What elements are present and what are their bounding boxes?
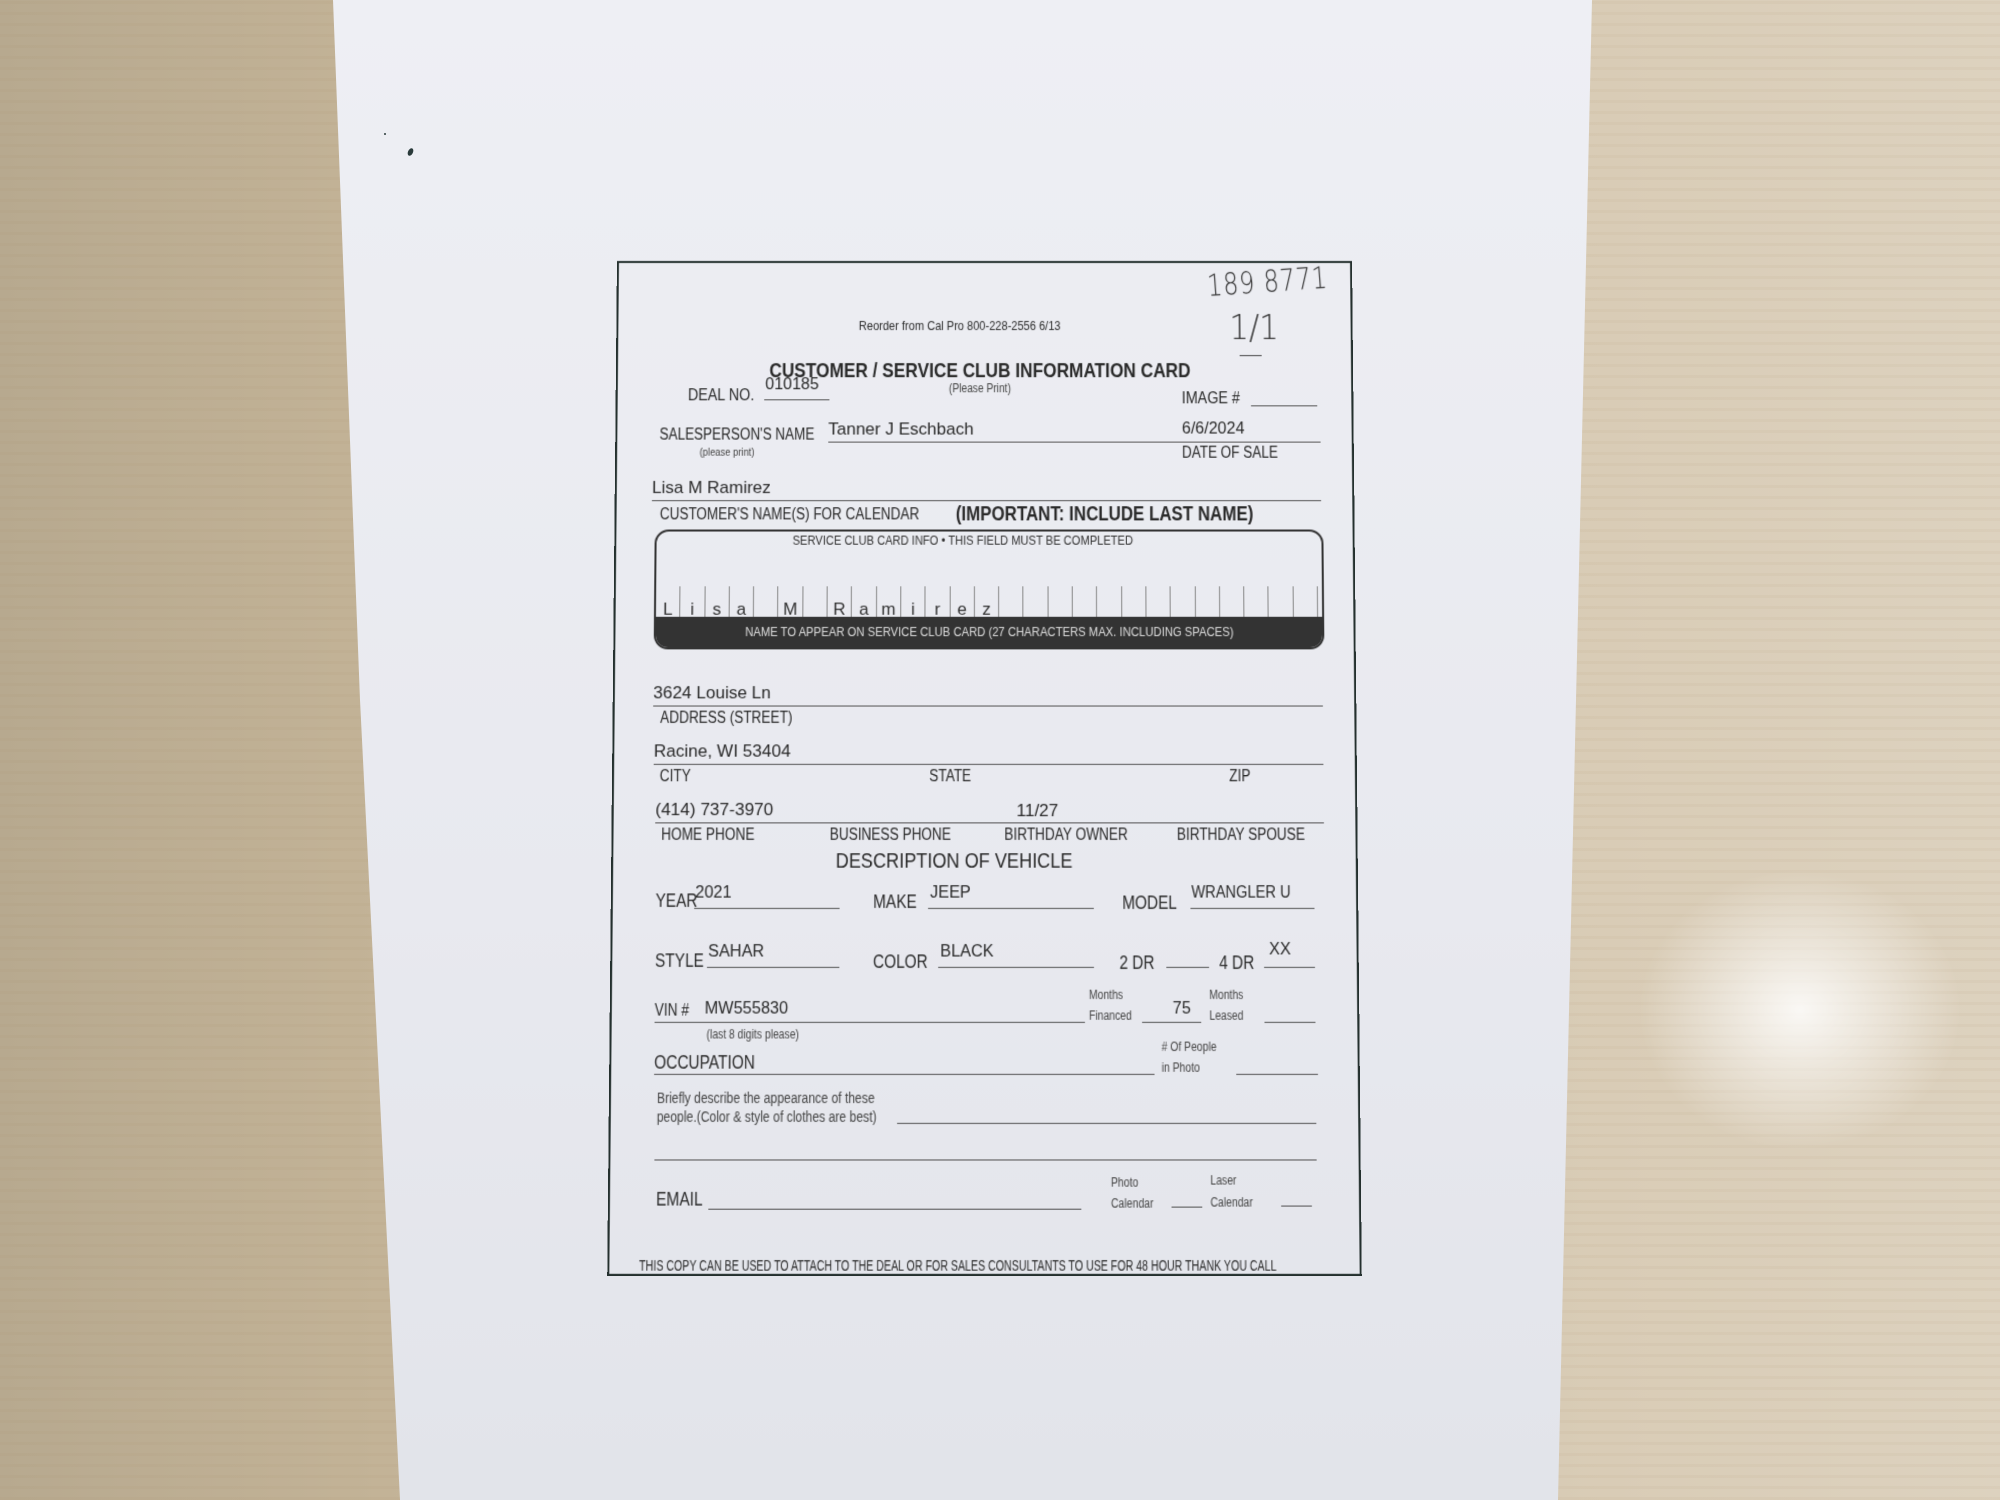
color-value[interactable]: BLACK — [940, 943, 993, 962]
vehicle-section-heading: DESCRIPTION OF VEHICLE — [836, 849, 1073, 874]
please-print-note: (Please Print) — [949, 381, 1011, 395]
service-club-character-cell[interactable] — [1048, 586, 1073, 619]
service-club-character-cell[interactable] — [1171, 586, 1196, 619]
laser-calendar-label-top: Laser — [1210, 1173, 1236, 1188]
service-club-character-cell[interactable] — [1220, 586, 1245, 619]
style-value[interactable]: SAHAR — [708, 943, 764, 962]
occupation-field[interactable] — [654, 1074, 1154, 1075]
birthday-owner-value[interactable]: 11/27 — [1016, 801, 1058, 822]
salesperson-sublabel: (please print) — [700, 447, 755, 459]
two-door-label: 2 DR — [1119, 952, 1154, 974]
service-club-card-box: SERVICE CLUB CARD INFO • THIS FIELD MUST… — [654, 530, 1325, 650]
service-club-character-cell[interactable] — [1293, 586, 1318, 619]
style-line — [707, 967, 839, 968]
form-footer-note: THIS COPY CAN BE USED TO ATTACH TO THE D… — [639, 1257, 1276, 1274]
customer-name-line — [652, 500, 1321, 501]
home-phone-label: HOME PHONE — [661, 826, 754, 845]
describe-field-line1[interactable] — [897, 1123, 1316, 1124]
four-door-value[interactable]: XX — [1269, 941, 1291, 960]
describe-label-line2: people.(Color & style of clothes are bes… — [657, 1108, 877, 1125]
months-financed-value[interactable]: 75 — [1173, 1000, 1191, 1019]
handwritten-page-count: 1/1 — [1229, 308, 1279, 348]
months-financed-label-bottom: Financed — [1089, 1008, 1132, 1023]
vin-label: VIN # — [655, 1002, 689, 1021]
vin-sublabel: (last 8 digits please) — [706, 1027, 799, 1042]
color-line — [938, 967, 1094, 968]
service-club-footer-text: NAME TO APPEAR ON SERVICE CLUB CARD (27 … — [745, 617, 1234, 648]
service-club-character-cell[interactable] — [754, 586, 779, 619]
city-line — [654, 764, 1324, 765]
deal-no-line — [764, 399, 829, 400]
people-in-photo-label-top: # Of People — [1162, 1040, 1217, 1055]
model-label: MODEL — [1122, 892, 1177, 914]
service-club-character-cell[interactable]: a — [730, 586, 755, 619]
service-club-character-cell[interactable]: e — [950, 586, 975, 619]
occupation-label: OCCUPATION — [654, 1052, 755, 1074]
service-club-character-cell[interactable]: M — [779, 586, 804, 619]
year-value[interactable]: 2021 — [695, 884, 731, 903]
make-value[interactable]: JEEP — [930, 884, 971, 903]
service-club-character-cell[interactable] — [999, 586, 1024, 619]
months-financed-label-top: Months — [1089, 988, 1123, 1003]
service-club-character-cell[interactable] — [1024, 586, 1049, 619]
service-club-character-cell[interactable]: a — [852, 586, 877, 619]
service-club-character-cell[interactable] — [1269, 586, 1294, 619]
photo-calendar-label-top: Photo — [1111, 1175, 1138, 1190]
months-leased-label-bottom: Leased — [1209, 1008, 1243, 1023]
zip-label: ZIP — [1229, 768, 1250, 786]
home-phone-value[interactable]: (414) 737-3970 — [655, 800, 773, 821]
laser-calendar-field[interactable] — [1281, 1206, 1312, 1207]
four-door-label: 4 DR — [1219, 952, 1254, 974]
business-phone-label: BUSINESS PHONE — [830, 826, 951, 845]
include-last-name-note: (IMPORTANT: INCLUDE LAST NAME) — [956, 503, 1254, 526]
address-label: ADDRESS (STREET) — [660, 710, 792, 728]
salesperson-value[interactable]: Tanner J Eschbach — [828, 419, 973, 439]
describe-field-line2[interactable] — [654, 1159, 1316, 1160]
service-club-information-card: Reorder from Cal Pro 800-228-2556 6/13 1… — [607, 261, 1362, 1276]
date-of-sale-value[interactable]: 6/6/2024 — [1182, 420, 1245, 438]
service-club-character-cell[interactable] — [1073, 586, 1098, 619]
image-no-label: IMAGE # — [1182, 388, 1240, 408]
service-club-character-cell[interactable]: R — [828, 586, 853, 619]
laser-calendar-label-bottom: Calendar — [1210, 1195, 1253, 1210]
model-value[interactable]: WRANGLER U — [1191, 884, 1290, 903]
service-club-character-cell[interactable] — [803, 586, 828, 619]
vin-value[interactable]: MW555830 — [705, 1000, 789, 1019]
style-label: STYLE — [655, 950, 704, 972]
salesperson-label: SALESPERSON'S NAME — [659, 426, 814, 444]
service-club-character-cell[interactable]: i — [680, 586, 705, 619]
customer-name-value[interactable]: Lisa M Ramirez — [652, 478, 771, 498]
months-financed-line — [1142, 1022, 1201, 1023]
photo-calendar-field[interactable] — [1172, 1207, 1203, 1208]
image-no-field[interactable] — [1251, 405, 1317, 406]
service-club-character-cells[interactable]: LisaMRamirez — [656, 586, 1318, 619]
birthday-spouse-label: BIRTHDAY SPOUSE — [1177, 826, 1305, 845]
service-club-character-cell[interactable]: r — [926, 586, 951, 619]
service-club-character-cell[interactable] — [1122, 586, 1147, 619]
deal-no-value[interactable]: 010185 — [765, 376, 819, 394]
service-club-character-cell[interactable]: z — [975, 586, 1000, 619]
birthday-owner-label: BIRTHDAY OWNER — [1004, 826, 1128, 845]
deal-no-label: DEAL NO. — [688, 385, 755, 405]
two-door-field[interactable] — [1166, 967, 1209, 968]
people-in-photo-field[interactable] — [1236, 1074, 1318, 1075]
service-club-character-cell[interactable]: i — [901, 586, 926, 619]
address-value[interactable]: 3624 Louise Ln — [653, 683, 771, 703]
service-club-character-cell[interactable] — [1195, 586, 1220, 619]
service-club-character-cell[interactable]: s — [705, 586, 730, 619]
year-line — [694, 908, 839, 909]
four-door-line — [1264, 967, 1315, 968]
handwritten-underline — [1240, 355, 1262, 356]
year-label: YEAR — [655, 890, 697, 912]
service-club-character-cell[interactable] — [1244, 586, 1269, 619]
form-title: CUSTOMER / SERVICE CLUB INFORMATION CARD — [769, 359, 1190, 383]
phones-line — [655, 822, 1324, 823]
date-of-sale-label: DATE OF SALE — [1182, 445, 1278, 463]
address-line — [653, 706, 1323, 707]
service-club-character-cell[interactable]: L — [656, 586, 681, 619]
reorder-line: Reorder from Cal Pro 800-228-2556 6/13 — [859, 318, 1061, 333]
service-club-footer-bar: NAME TO APPEAR ON SERVICE CLUB CARD (27 … — [656, 617, 1323, 648]
city-state-zip-value[interactable]: Racine, WI 53404 — [654, 741, 791, 761]
photo-calendar-label-bottom: Calendar — [1111, 1196, 1153, 1211]
state-label: STATE — [929, 768, 971, 786]
color-label: COLOR — [873, 951, 928, 973]
service-club-character-cell[interactable]: m — [877, 586, 902, 619]
model-line — [1190, 908, 1314, 909]
service-club-character-cell[interactable] — [1146, 586, 1171, 619]
email-field[interactable] — [708, 1209, 1081, 1210]
describe-label-line1: Briefly describe the appearance of these — [657, 1089, 875, 1106]
salesperson-line — [828, 442, 1320, 443]
handwritten-number: 189 8771 — [1206, 261, 1329, 304]
service-club-character-cell[interactable] — [1097, 586, 1122, 619]
service-club-header: SERVICE CLUB CARD INFO • THIS FIELD MUST… — [793, 533, 1133, 548]
vin-line — [655, 1022, 1085, 1023]
people-in-photo-label-bottom: in Photo — [1162, 1060, 1200, 1075]
months-leased-label-top: Months — [1209, 988, 1243, 1003]
city-label: CITY — [660, 768, 691, 786]
make-label: MAKE — [873, 891, 917, 913]
email-label: EMAIL — [656, 1189, 703, 1211]
months-leased-field[interactable] — [1264, 1022, 1315, 1023]
customer-name-label: CUSTOMER'S NAME(S) FOR CALENDAR — [660, 506, 920, 524]
ink-speck — [384, 133, 386, 135]
make-line — [928, 908, 1094, 909]
